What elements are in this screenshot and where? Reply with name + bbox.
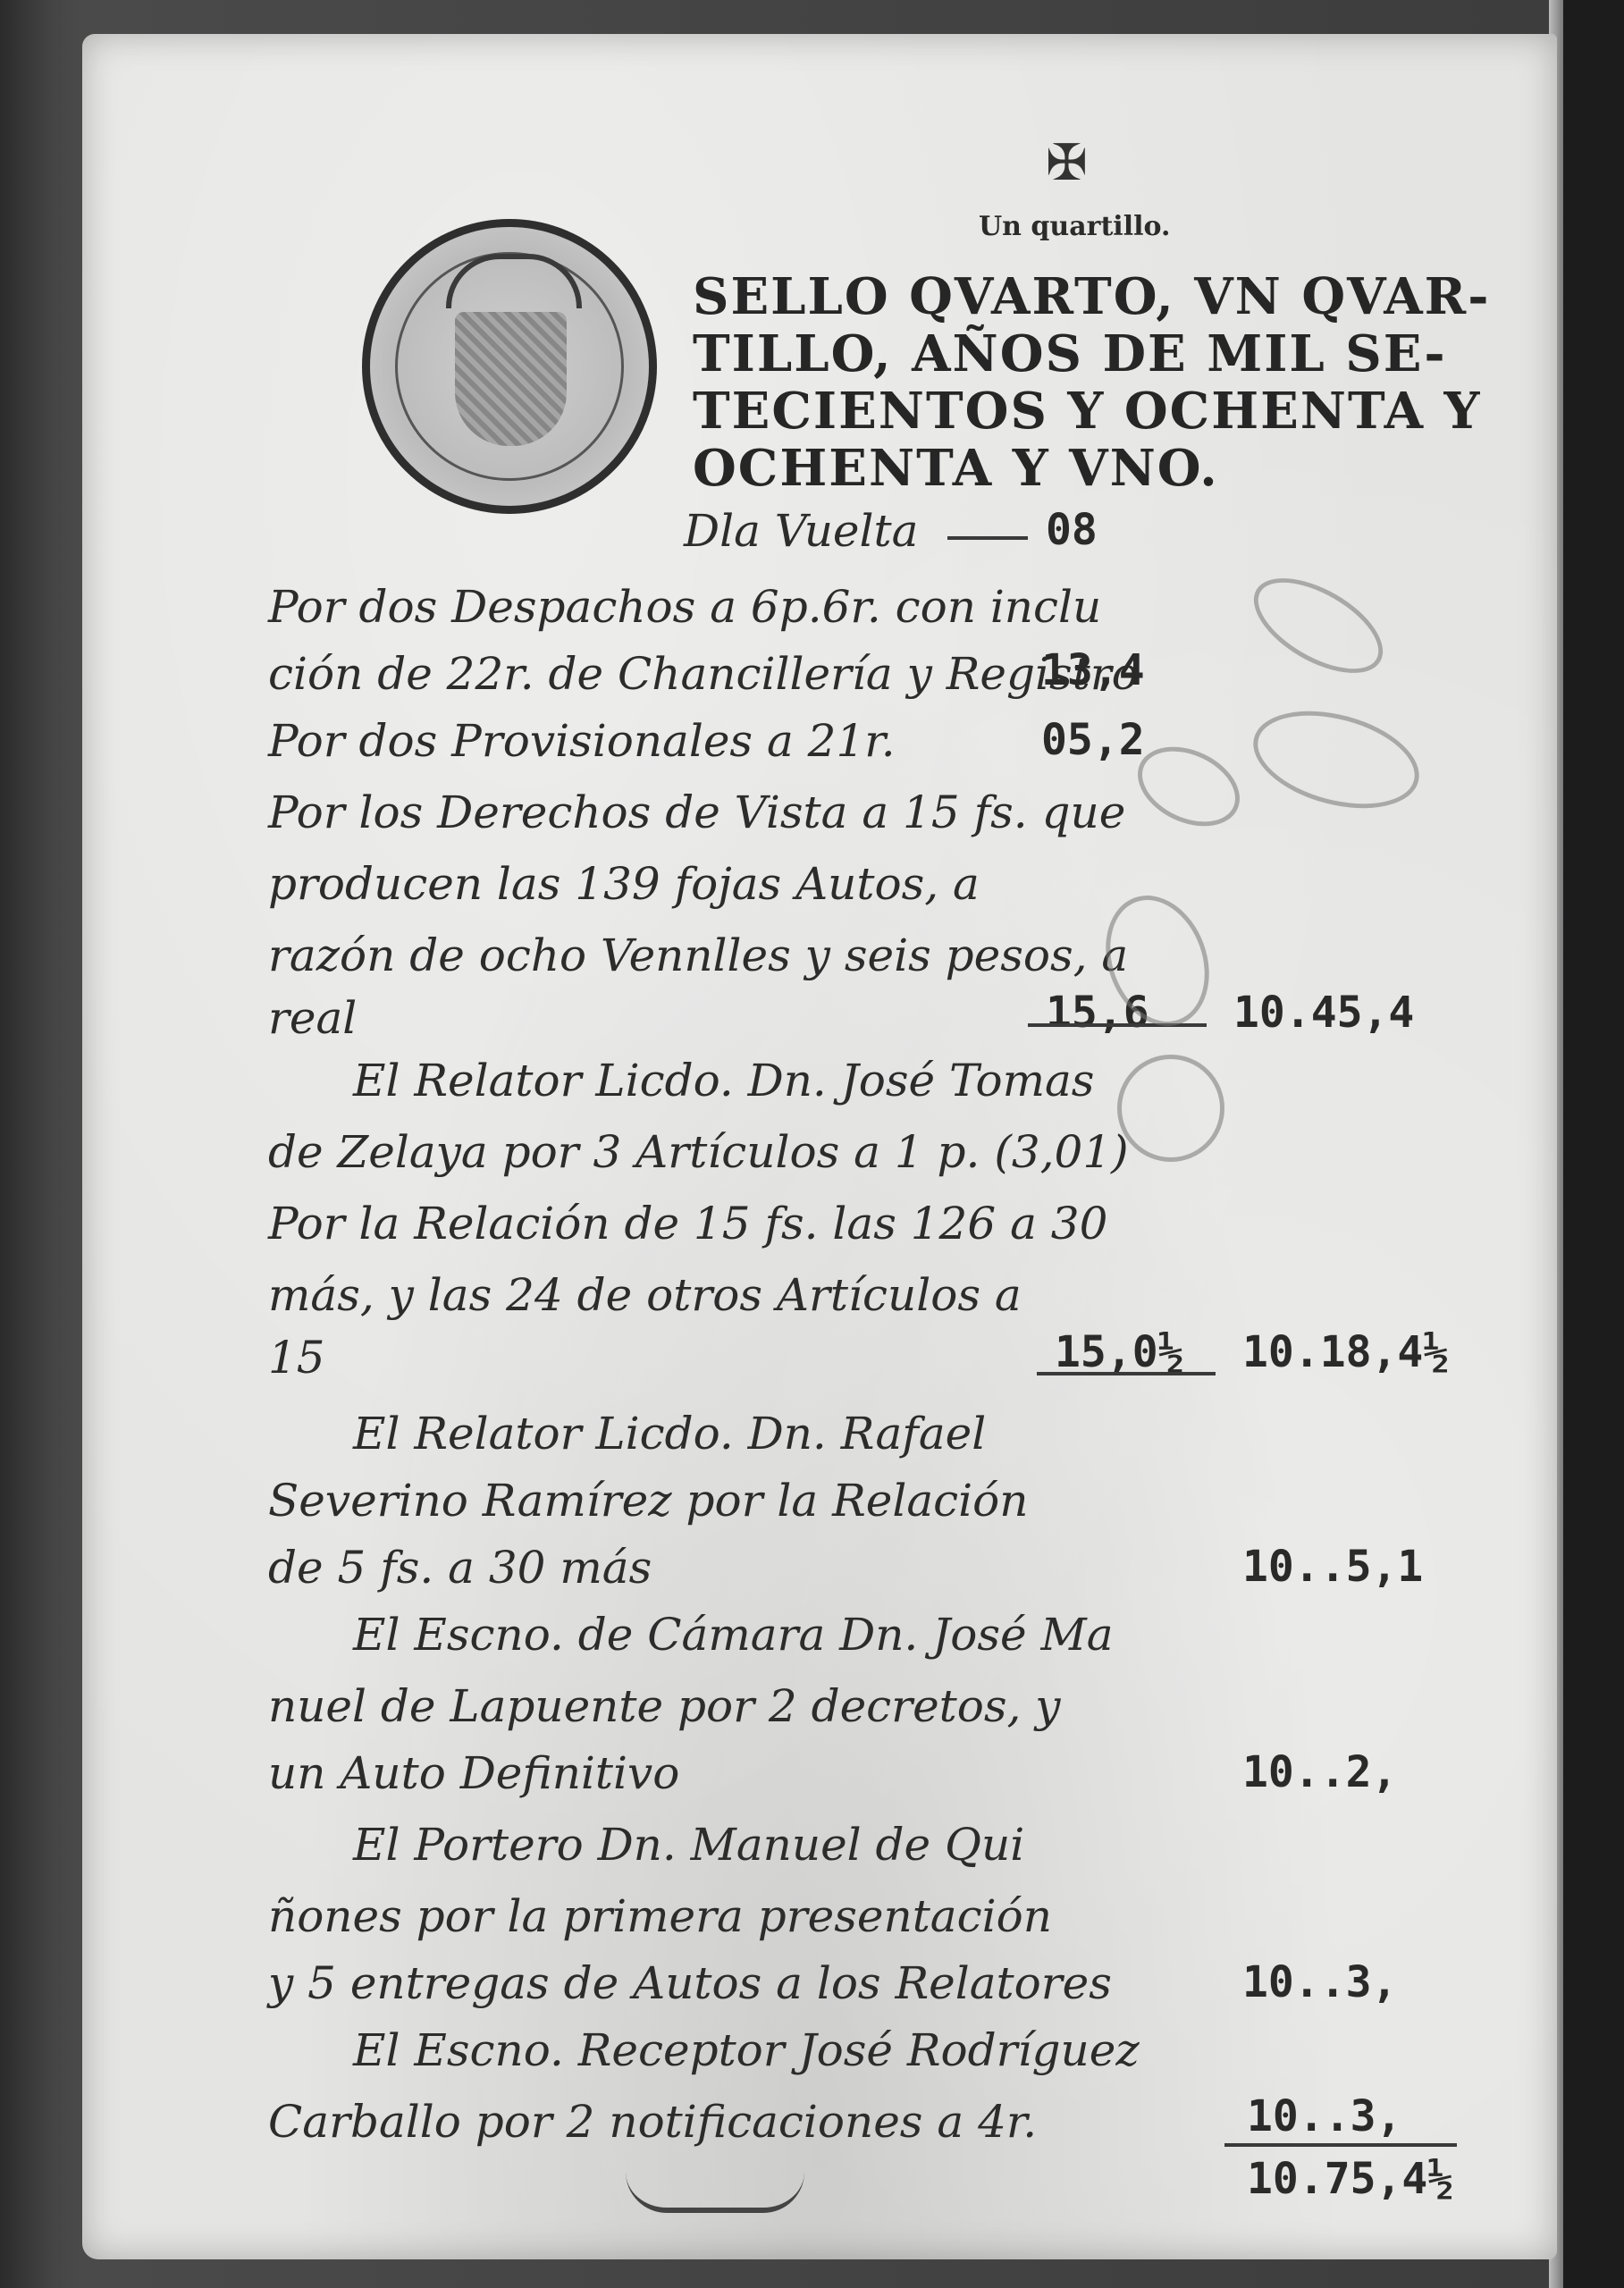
entry-subtotal: 15,0½ [1055, 1327, 1184, 1377]
entry-total: 10..2, [1242, 1747, 1397, 1797]
margin-scrawl [1117, 1055, 1224, 1162]
entry-total: 10..5,1 [1242, 1542, 1423, 1592]
entry-subtotal: 13,4 [1041, 645, 1145, 695]
entry-line: Por dos Provisionales a 21r. [268, 715, 896, 767]
header-line: TILLO, AÑOS DE MIL SE- [693, 325, 1533, 383]
entry-line: razón de ocho Vennlles y seis pesos, a [268, 929, 1128, 981]
entry-line: El Escno. de Cámara Dn. José Ma [353, 1609, 1114, 1661]
entry-line: Por la Relación de 15 fs. las 126 a 30 [268, 1198, 1107, 1249]
header-line: OCHENTA Y VNO. [693, 440, 1533, 497]
entry-total: 10..3, [1247, 2091, 1401, 2141]
underline-rule [1037, 1372, 1216, 1375]
scanner-edge [1561, 0, 1624, 2288]
carry-forward-amount: 08 [1046, 505, 1098, 555]
total-rule [1224, 2143, 1457, 2147]
entry-line: más, y las 24 de otros Artículos a [268, 1269, 1022, 1321]
entry-total: 10.18,4½ [1242, 1327, 1449, 1377]
carry-forward-label: Dla Vuelta [684, 505, 918, 557]
entry-line: 15 [268, 1332, 325, 1384]
cross-icon: ✠ [1046, 134, 1088, 192]
entry-line: El Relator Licdo. Dn. José Tomas [353, 1055, 1094, 1106]
entry-line: de Zelaya por 3 Artículos a 1 p. (3,01) [268, 1126, 1129, 1178]
entry-line: El Relator Licdo. Dn. Rafael [353, 1408, 986, 1459]
stamp-header: SELLO QVARTO, VN QVAR- TILLO, AÑOS DE MI… [693, 268, 1533, 497]
entry-line: Por dos Despachos a 6p.6r. con inclu [268, 581, 1101, 633]
entry-line: y 5 entregas de Autos a los Relatores [268, 1957, 1112, 2009]
header-line: TECIENTOS Y OCHENTA Y [693, 383, 1533, 440]
royal-seal [362, 219, 657, 514]
entry-total: 10..3, [1242, 1957, 1397, 2007]
header-line: SELLO QVARTO, VN QVAR- [693, 268, 1533, 325]
entry-line: Carballo por 2 notificaciones a 4r. [268, 2096, 1037, 2148]
grand-total: 10.75,4½ [1247, 2154, 1453, 2204]
entry-line: ción de 22r. de Chancillería y Registro [268, 648, 1139, 700]
entry-line: Severino Ramírez por la Relación [268, 1475, 1028, 1527]
entry-subtotal: 05,2 [1041, 715, 1145, 765]
stamp-denomination: Un quartillo. [979, 211, 1170, 242]
entry-line: real [268, 992, 357, 1044]
entry-line: Por los Derechos de Vista a 15 fs. que [268, 786, 1125, 838]
entry-line: un Auto Definitivo [268, 1747, 679, 1799]
rubric-flourish [626, 2172, 804, 2213]
entry-line: producen las 139 fojas Autos, a [268, 858, 980, 910]
entry-line: El Escno. Receptor José Rodríguez [353, 2024, 1140, 2076]
entry-total: 10.45,4 [1233, 988, 1414, 1038]
dash-rule [947, 536, 1028, 540]
entry-line: nuel de Lapuente por 2 decretos, y [268, 1680, 1061, 1732]
entry-line: El Portero Dn. Manuel de Qui [353, 1819, 1024, 1871]
coat-of-arms-icon [455, 312, 567, 446]
entry-line: ñones por la primera presentación [268, 1890, 1052, 1942]
entry-line: de 5 fs. a 30 más [268, 1542, 652, 1594]
